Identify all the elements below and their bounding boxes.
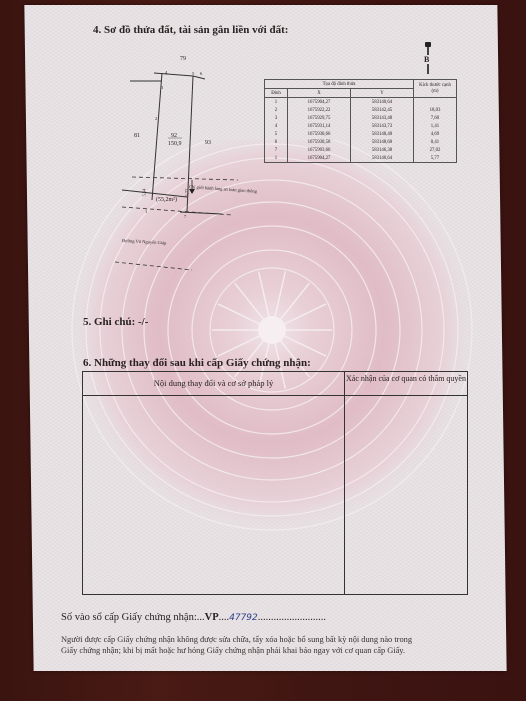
coords-cell-point: 1	[265, 154, 288, 163]
coords-header-x: X	[288, 89, 351, 98]
coords-cell-point: 2	[265, 106, 288, 114]
point-label-2: 2	[155, 116, 157, 121]
changes-col1-header: Nội dung thay đổi và cơ sở pháp lý	[83, 378, 344, 388]
registry-number-handwritten: 47792	[229, 613, 258, 623]
coords-cell-point: 3	[265, 114, 288, 122]
section-4-title: 4. Sơ đồ thửa đất, tài sản gắn liền với …	[93, 24, 288, 36]
coords-cell-y: 583143,73	[351, 122, 414, 130]
point-label-3: 3	[161, 85, 163, 90]
coords-row: 41675931,14583143,731,41	[265, 122, 457, 130]
coords-cell-y: 583148,40	[351, 130, 414, 138]
point-label-5: 5	[192, 71, 194, 76]
registry-prefix: VP	[205, 612, 219, 623]
coords-row: 51675930,66583148,404,69	[265, 130, 457, 138]
coords-cell-x: 1675903,66	[288, 146, 351, 154]
parcel-area: 150,9	[168, 141, 182, 147]
neighbor-parcel-left: 81	[134, 133, 140, 139]
coords-cell-y: 583143,48	[351, 114, 414, 122]
coords-header-point: Đỉnh	[265, 89, 288, 98]
coords-cell-x: 1675904,27	[288, 98, 351, 107]
coords-row: 11675904,27583140,645,77	[265, 154, 457, 163]
warning-notice: Người được cấp Giấy chứng nhận không đượ…	[61, 634, 412, 656]
coords-cell-length: 27,02	[414, 146, 457, 154]
warning-line-2: Giấy chứng nhận; khi bị mất hoặc hư hỏng…	[61, 645, 412, 656]
coords-cell-y: 583140,64	[351, 98, 414, 107]
coords-cell-point: 4	[265, 122, 288, 130]
neighbor-parcel-right: 93	[205, 140, 211, 146]
coords-cell-length: 5,77	[414, 154, 457, 163]
coords-cell-y: 583148,60	[351, 138, 414, 146]
point-label-4: 4	[165, 70, 167, 75]
column-divider	[344, 372, 345, 594]
coords-cell-y: 583140,64	[351, 154, 414, 163]
coords-cell-x: 1675930,66	[288, 130, 351, 138]
registry-line: Số vào sổ cấp Giấy chứng nhận:...VP....4…	[61, 612, 326, 623]
coords-header-y: Y	[351, 89, 414, 98]
point-label-6: 6	[200, 71, 202, 76]
coords-cell-length: 4,69	[414, 130, 457, 138]
coords-header-group: Tọa độ đỉnh thửa	[265, 80, 414, 89]
coords-cell-x: 1675929,75	[288, 114, 351, 122]
north-label: B	[424, 55, 429, 64]
coords-cell-x: 1675931,14	[288, 122, 351, 130]
coords-cell-point: 7	[265, 146, 288, 154]
coords-cell-length	[414, 98, 457, 107]
north-arrow-tip	[425, 42, 431, 47]
warning-line-1: Người được cấp Giấy chứng nhận không đượ…	[61, 634, 412, 645]
coords-row: 61675930,58583148,600,41	[265, 138, 457, 146]
coords-cell-point: 5	[265, 130, 288, 138]
changes-table: Nội dung thay đổi và cơ sở pháp lý Xác n…	[82, 371, 468, 595]
coords-row: 21675922,22583142,4518,03	[265, 106, 457, 114]
coords-cell-x: 1675930,58	[288, 138, 351, 146]
corridor-area: (55,2m²)	[156, 197, 177, 203]
changes-col2-header: Xác nhận của cơ quan có thẩm quyền	[345, 374, 467, 383]
coords-cell-x: 1675904,27	[288, 154, 351, 163]
coords-cell-y: 583146,38	[351, 146, 414, 154]
coords-cell-point: 6	[265, 138, 288, 146]
coords-header-length: Kích thước cạnh (m)	[414, 80, 457, 98]
coords-cell-x: 1675922,22	[288, 106, 351, 114]
coords-row: 31675929,75583143,487,60	[265, 114, 457, 122]
side-length-right: 5,77	[184, 189, 189, 197]
section-6-title: 6. Những thay đổi sau khi cấp Giấy chứng…	[83, 357, 311, 369]
coords-cell-point: 1	[265, 98, 288, 107]
coords-row: 71675903,66583146,3827,02	[265, 146, 457, 154]
neighbor-parcel-top: 79	[180, 56, 186, 62]
coords-cell-y: 583142,45	[351, 106, 414, 114]
coords-cell-length: 7,60	[414, 114, 457, 122]
side-length-left: 5,54	[141, 189, 146, 197]
parcel-number: 92	[171, 133, 177, 139]
section-5-title: 5. Ghi chú: -/-	[83, 316, 148, 328]
registry-label: Số vào sổ cấp Giấy chứng nhận:...	[61, 612, 205, 623]
coords-cell-length: 0,41	[414, 138, 457, 146]
point-label-7: 7	[184, 214, 186, 219]
coords-cell-length: 18,03	[414, 106, 457, 114]
point-label-1: 1	[145, 209, 147, 214]
coordinates-table: Tọa độ đỉnh thửa Kích thước cạnh (m) Đỉn…	[264, 79, 457, 163]
coords-row: 11675904,27583140,64	[265, 98, 457, 107]
coords-cell-length: 1,41	[414, 122, 457, 130]
